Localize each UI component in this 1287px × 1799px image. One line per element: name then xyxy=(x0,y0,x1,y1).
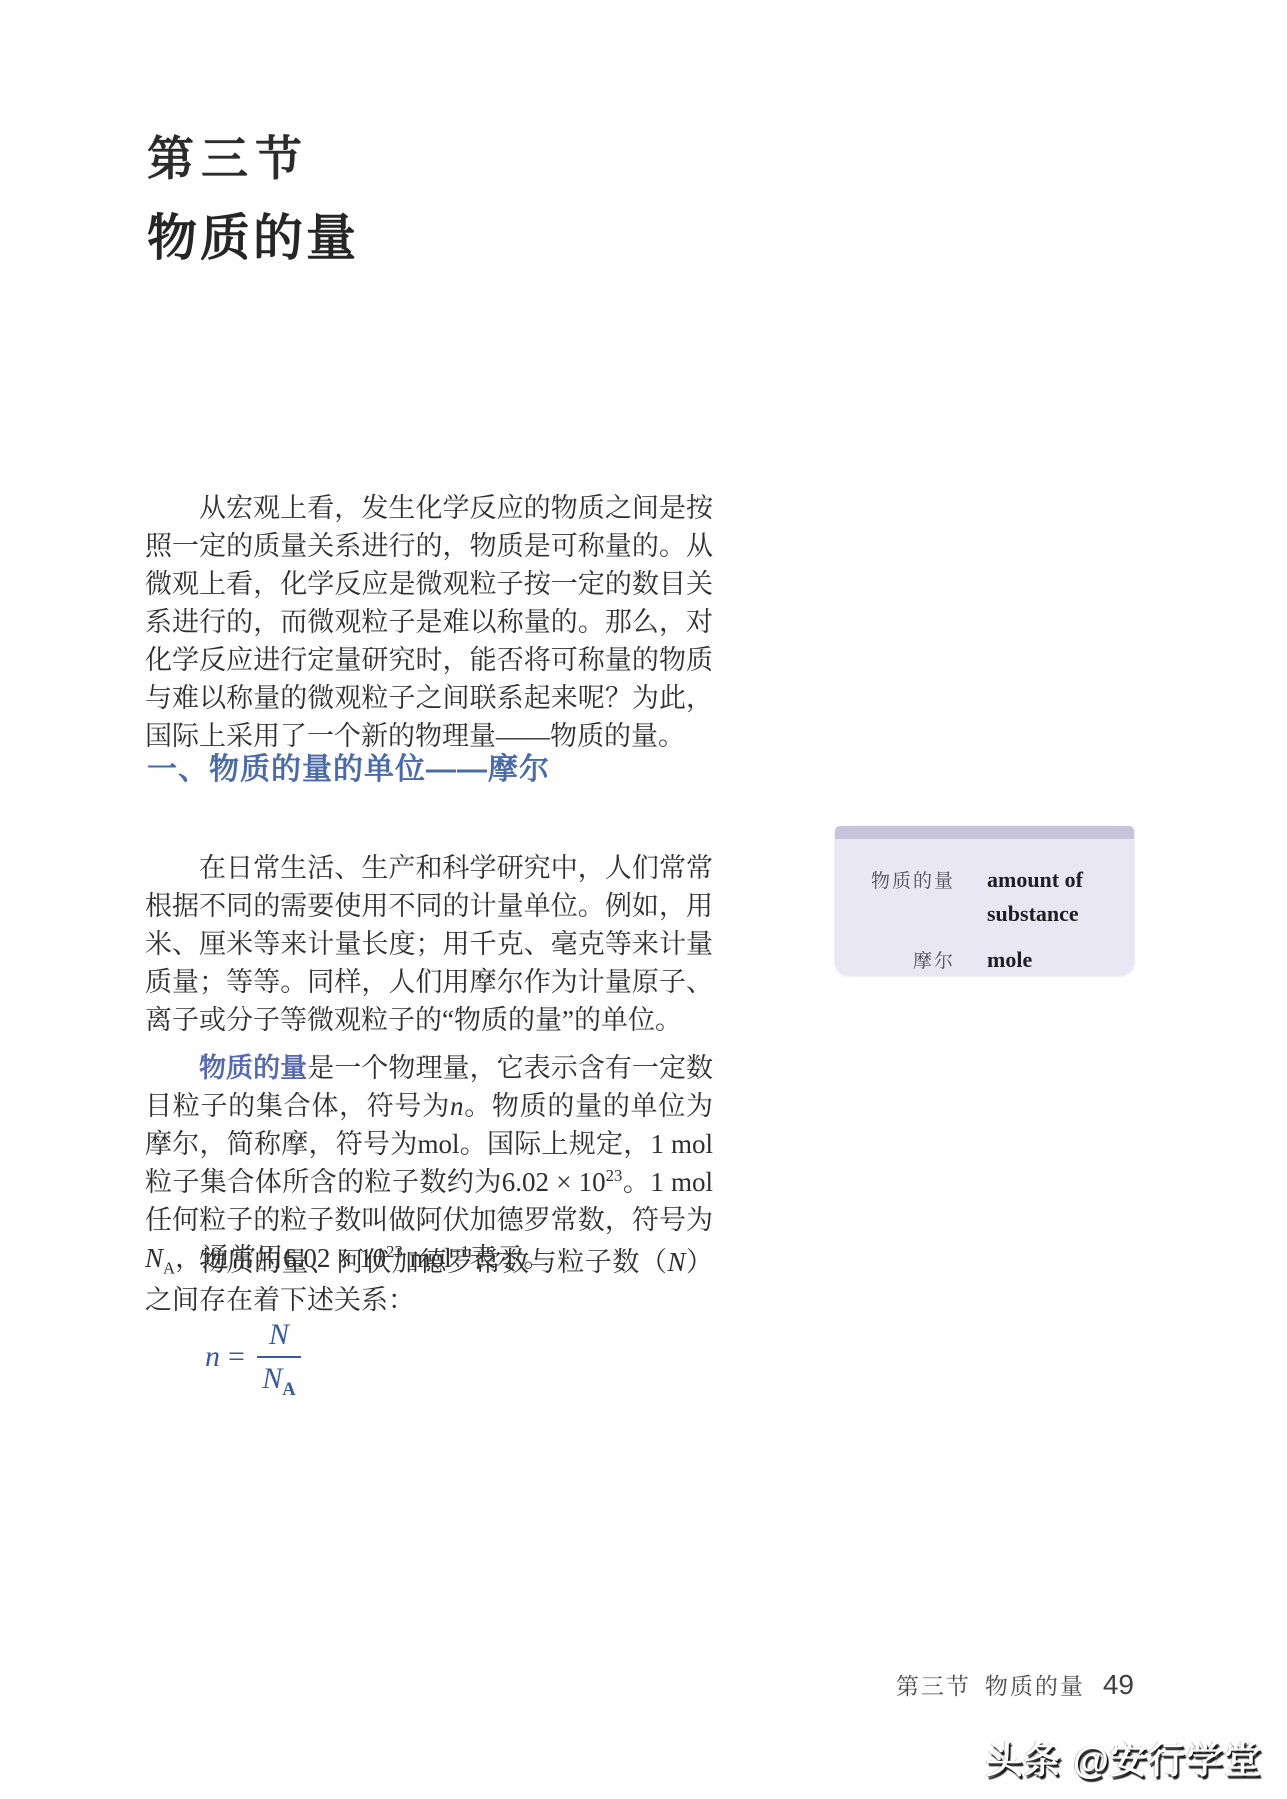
section-label: 第三节 xyxy=(147,130,359,190)
formula-denominator-base: N xyxy=(262,1362,282,1395)
page-footer: 第三节 物质的量 49 xyxy=(896,1668,1134,1701)
vocab-row-amount-of-substance: 物质的量 amount of substance xyxy=(855,863,1116,931)
textbook-page: 第三节 物质的量 从宏观上看，发生化学反应的物质之间是按照一定的质量关系进行的，… xyxy=(0,0,1287,1799)
formula-equals-sign: = xyxy=(228,1340,245,1374)
formula-lhs: n xyxy=(205,1340,220,1374)
formula-denominator-subscript: A xyxy=(282,1379,295,1400)
section-heading: 一、物质的量的单位——摩尔 xyxy=(147,744,550,788)
page-title: 物质的量 xyxy=(147,206,359,270)
page-number: 49 xyxy=(1103,1669,1134,1701)
watermark: 头条 @安行学堂 xyxy=(986,1730,1262,1784)
footer-section-label: 第三节 xyxy=(896,1668,971,1701)
formula-fraction: N NA xyxy=(257,1318,301,1396)
paragraph-units: 在日常生活、生产和科学研究中，人们常常根据不同的需要使用不同的计量单位。例如，用… xyxy=(145,849,713,1039)
vocab-en-label: mole xyxy=(987,943,1112,977)
vocab-row-mole: 摩尔 mole xyxy=(855,943,1116,979)
formula-n-equals-N-over-NA: n = N NA xyxy=(205,1318,301,1396)
formula-denominator: NA xyxy=(257,1358,301,1396)
margin-vocabulary-box: 物质的量 amount of substance 摩尔 mole xyxy=(835,826,1134,975)
formula-numerator: N xyxy=(257,1318,301,1358)
vocab-en-label: amount of substance xyxy=(987,863,1112,931)
intro-paragraph: 从宏观上看，发生化学反应的物质之间是按照一定的质量关系进行的，物质是可称量的。从… xyxy=(145,489,713,755)
title-block: 第三节 物质的量 xyxy=(147,130,359,270)
paragraph-relation: 物质的量、阿伏加德罗常数与粒子数（N）之间存在着下述关系： xyxy=(145,1243,713,1319)
vocab-zh-label: 物质的量 xyxy=(855,865,955,899)
margin-box-top-strip xyxy=(835,826,1134,839)
margin-box-rows: 物质的量 amount of substance 摩尔 mole xyxy=(835,839,1134,979)
footer-section-title: 物质的量 xyxy=(985,1668,1085,1701)
vocab-zh-label: 摩尔 xyxy=(855,945,955,979)
